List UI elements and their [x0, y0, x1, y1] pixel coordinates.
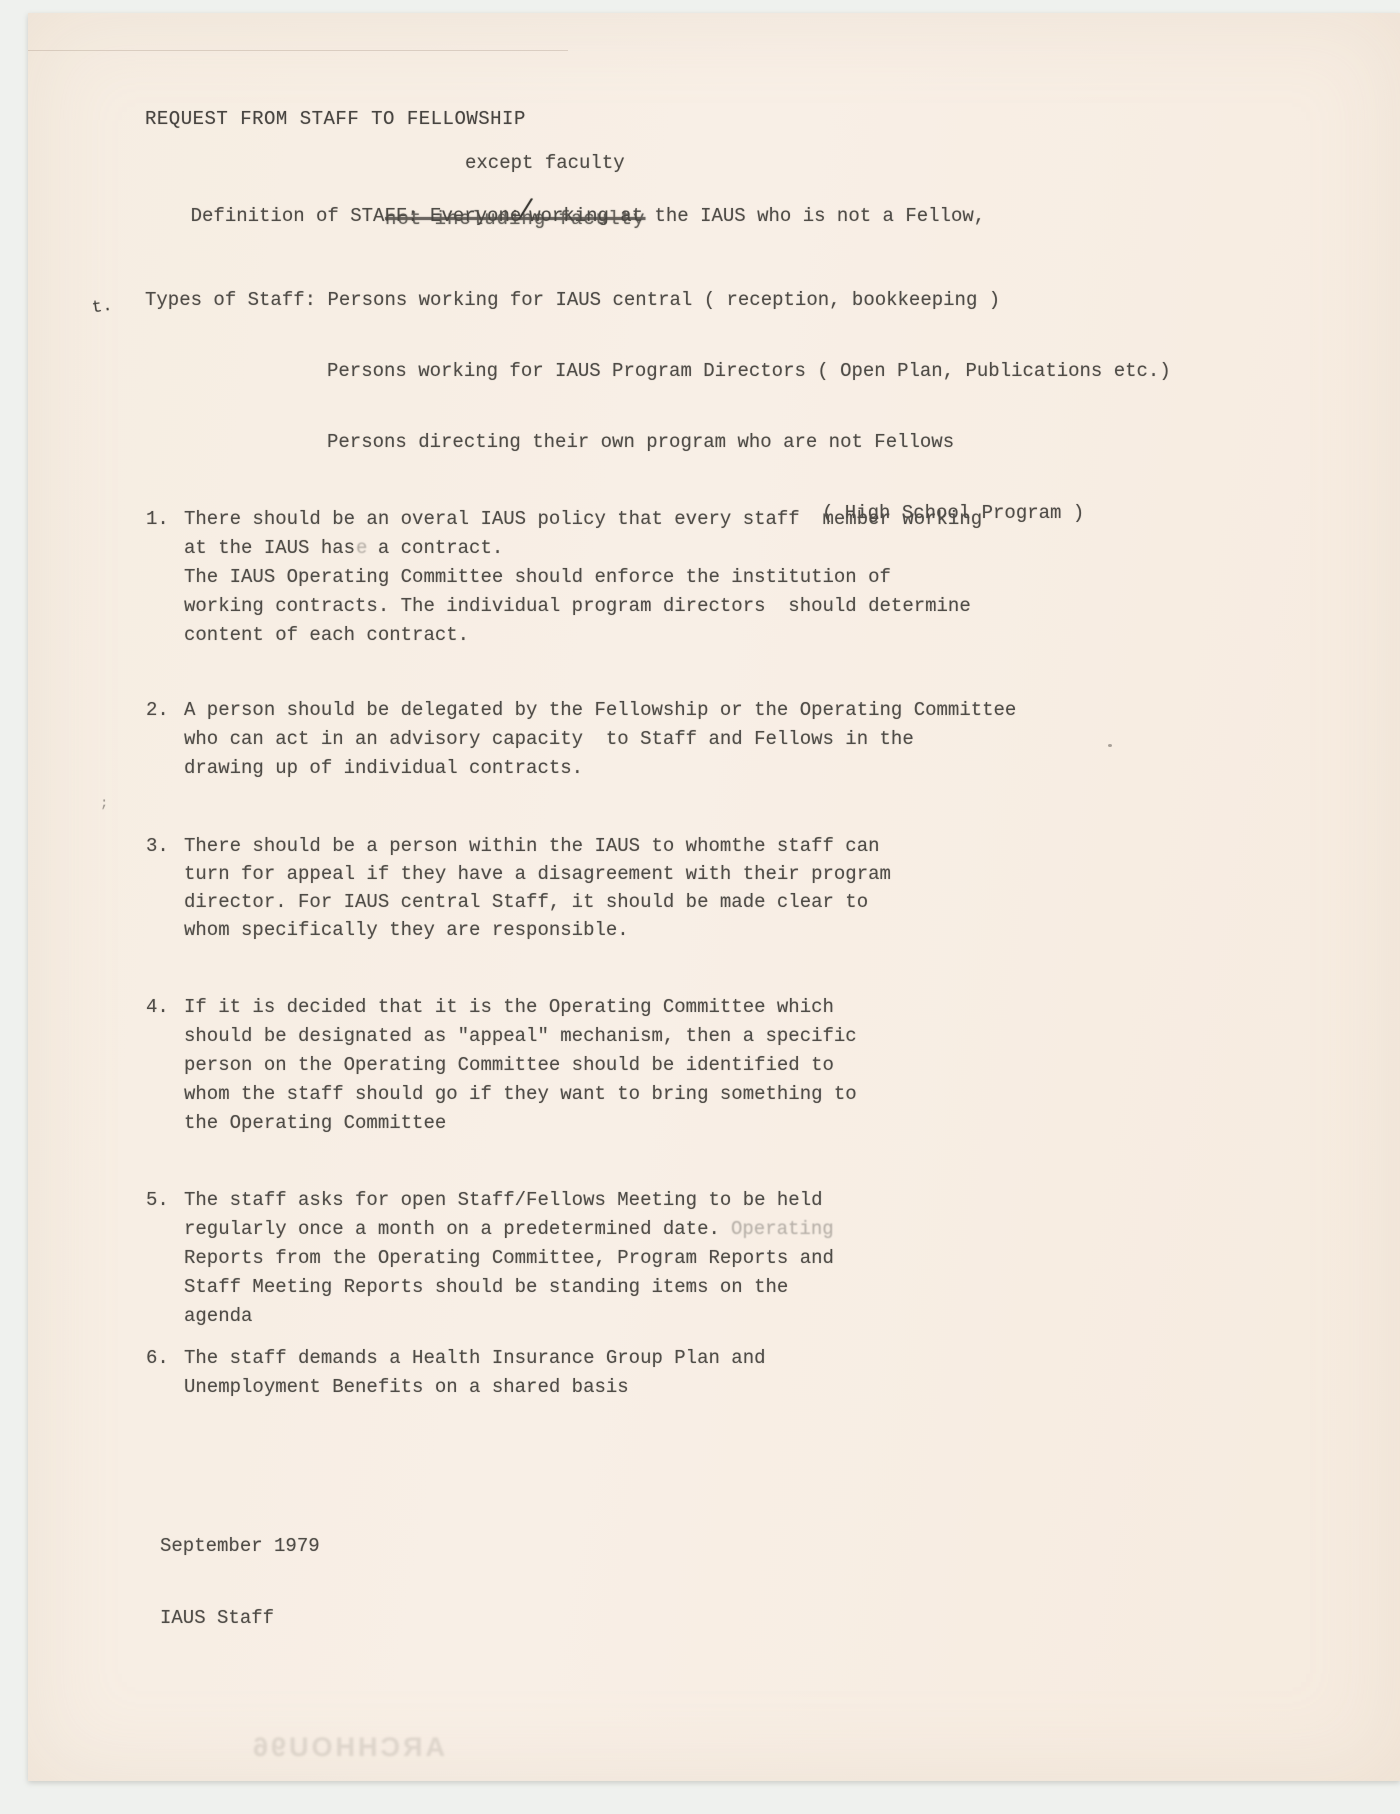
- list-item-1: 1. There should be an overal IAUS policy…: [146, 505, 982, 650]
- struck-out-text: not including faculty: [385, 208, 645, 230]
- item-number: 6.: [146, 1344, 169, 1373]
- document-date: September 1979: [160, 1532, 320, 1560]
- document-line: person on the Operating Committee should…: [184, 1051, 857, 1080]
- document-line: director. For IAUS central Staff, it sho…: [184, 888, 891, 916]
- document-line: whom the staff should go if they want to…: [184, 1080, 857, 1109]
- document-line: The IAUS Operating Committee should enfo…: [184, 563, 982, 592]
- types-line-2: Persons working for IAUS Program Directo…: [145, 358, 1171, 385]
- document-line: who can act in an advisory capacity to S…: [184, 725, 1016, 754]
- list-item-4: 4. If it is decided that it is the Opera…: [146, 993, 857, 1138]
- erased-letter-artifact: e: [356, 534, 367, 563]
- bleed-through-stamp-text: ARCHHOU96: [250, 1732, 445, 1763]
- document-line: A person should be delegated by the Fell…: [184, 696, 1016, 725]
- document-line: Reports from the Operating Committee, Pr…: [184, 1244, 834, 1273]
- document-line: The staff asks for open Staff/Fellows Me…: [184, 1186, 834, 1215]
- item-number: 3.: [146, 832, 169, 860]
- types-label: Types of Staff:: [145, 289, 327, 311]
- document-line: Unemployment Benefits on a shared basis: [184, 1373, 766, 1402]
- item-number: 4.: [146, 993, 169, 1022]
- types-line-1-text: Persons working for IAUS central ( recep…: [327, 289, 1000, 311]
- item-number: 5.: [146, 1186, 169, 1215]
- document-line: drawing up of individual contracts.: [184, 754, 1016, 783]
- typewritten-document: REQUEST FROM STAFF TO FELLOWSHIP except …: [0, 0, 1400, 1814]
- list-item-2: 2. A person should be delegated by the F…: [146, 696, 1016, 783]
- item-number: 1.: [146, 505, 169, 534]
- page-title: REQUEST FROM STAFF TO FELLOWSHIP: [145, 108, 526, 130]
- document-line: agenda: [184, 1302, 834, 1331]
- item-number: 2.: [146, 696, 169, 725]
- document-signature: IAUS Staff: [160, 1604, 320, 1632]
- document-line: content of each contract.: [184, 621, 982, 650]
- document-line: There should be an overal IAUS policy th…: [184, 505, 982, 534]
- list-item-6: 6. The staff demands a Health Insurance …: [146, 1344, 766, 1402]
- document-line: Staff Meeting Reports should be standing…: [184, 1273, 834, 1302]
- handwritten-margin-mark: t.: [91, 297, 114, 319]
- types-line-3: Persons directing their own program who …: [145, 429, 1171, 456]
- handwritten-margin-mark: ;: [100, 796, 108, 812]
- list-item-3: 3. There should be a person within the I…: [146, 832, 891, 944]
- document-line: at the IAUS has a contract.: [184, 534, 982, 563]
- document-line: the Operating Committee: [184, 1109, 857, 1138]
- document-line: turn for appeal if they have a disagreem…: [184, 860, 891, 888]
- document-line: The staff demands a Health Insurance Gro…: [184, 1344, 766, 1373]
- signature-block: September 1979 IAUS Staff: [160, 1488, 320, 1676]
- ink-speck: [1108, 744, 1112, 747]
- document-line: There should be a person within the IAUS…: [184, 832, 891, 860]
- types-line-1: Types of Staff: Persons working for IAUS…: [145, 287, 1171, 314]
- document-line: If it is decided that it is the Operatin…: [184, 993, 857, 1022]
- document-line: working contracts. The individual progra…: [184, 592, 982, 621]
- inserted-correction-text: except faculty: [465, 152, 625, 174]
- erased-word-artifact: Operating: [731, 1215, 834, 1244]
- list-item-5: 5. The staff asks for open Staff/Fellows…: [146, 1186, 834, 1331]
- document-line: whom specifically they are responsible.: [184, 916, 891, 944]
- document-line: should be designated as "appeal" mechani…: [184, 1022, 857, 1051]
